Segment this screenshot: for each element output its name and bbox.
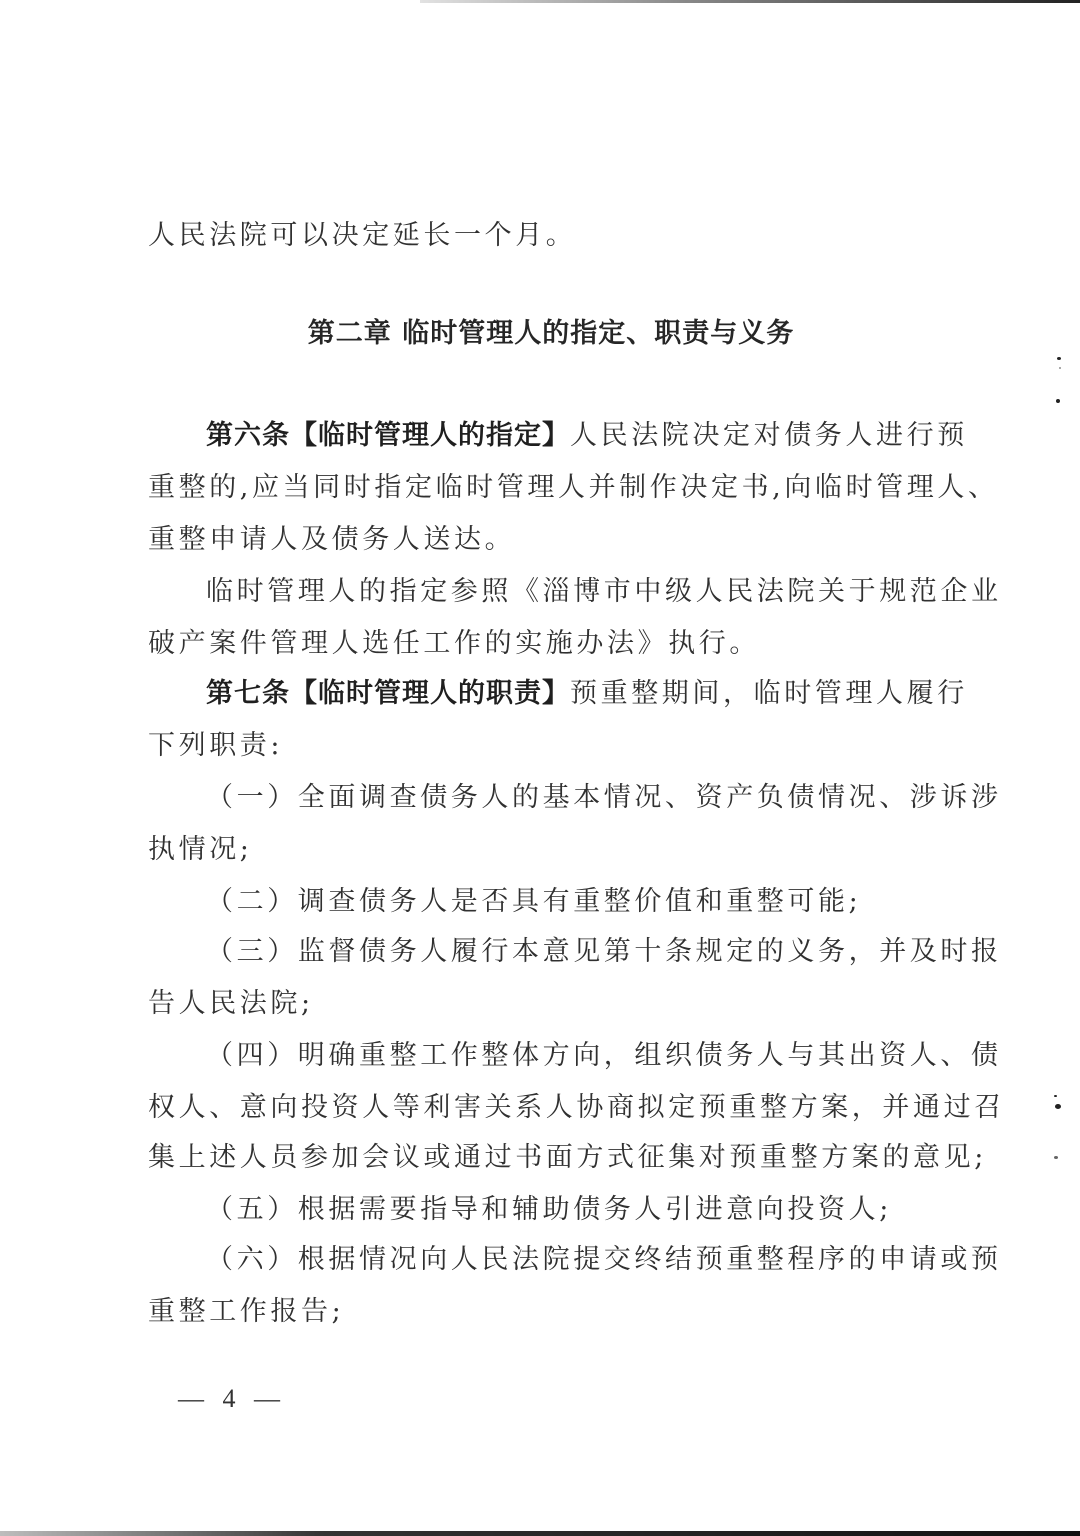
duty-item-5-line-1: （五）根据需要指导和辅助债务人引进意向投资人; (206, 1192, 892, 1228)
continuation-text: 人民法院可以决定延长一个月。 (148, 218, 576, 254)
article-6-first-line: 第六条【临时管理人的指定】人民法院决定对债务人进行预 (206, 418, 968, 454)
article-6-line-3: 重整申请人及债务人送达。 (148, 522, 515, 558)
scan-speck (1056, 399, 1060, 403)
article-6-para-2-line-2: 破产案件管理人选任工作的实施办法》执行。 (148, 626, 760, 662)
duty-item-4-line-2: 权人、意向投资人等利害关系人协商拟定预重整方案，并通过召 (148, 1090, 1005, 1126)
article-7-first-line: 第七条【临时管理人的职责】预重整期间，临时管理人履行 (206, 676, 968, 712)
scan-edge-bottom (0, 1531, 1080, 1536)
article-6-heading: 第六条【临时管理人的指定】 (206, 420, 570, 451)
scan-speck (1054, 1095, 1057, 1097)
article-6-line-2: 重整的,应当同时指定临时管理人并制作决定书,向临时管理人、 (148, 470, 999, 506)
article-6-para-2-line-1: 临时管理人的指定参照《淄博市中级人民法院关于规范企业 (206, 574, 1002, 610)
duty-item-1-line-1: （一）全面调查债务人的基本情况、资产负债情况、涉诉涉 (206, 780, 1002, 816)
duty-item-6-line-2: 重整工作报告; (148, 1294, 344, 1330)
article-7-heading: 第七条【临时管理人的职责】 (206, 678, 570, 709)
duty-item-2-line-1: （二）调查债务人是否具有重整价值和重整可能; (206, 884, 861, 920)
article-6-text: 人民法院决定对债务人进行预 (570, 420, 968, 451)
duty-item-3-line-1: （三）监督债务人履行本意见第十条规定的义务，并及时报 (206, 934, 1002, 970)
duty-item-3-line-2: 告人民法院; (148, 986, 314, 1022)
article-7-line-2: 下列职责: (148, 728, 283, 764)
article-7-text: 预重整期间，临时管理人履行 (570, 678, 968, 709)
scan-speck (1059, 367, 1061, 369)
scan-speck (1054, 1156, 1058, 1159)
duty-item-4-line-1: （四）明确重整工作整体方向，组织债务人与其出资人、债 (206, 1038, 1002, 1074)
scan-speck (1055, 1104, 1061, 1109)
scanned-document-page: 人民法院可以决定延长一个月。 第二章 临时管理人的指定、职责与义务 第六条【临时… (0, 0, 1080, 1536)
duty-item-1-line-2: 执情况; (148, 832, 253, 868)
duty-item-4-line-3: 集上述人员参加会议或通过书面方式征集对预重整方案的意见; (148, 1140, 987, 1176)
scan-edge-top (420, 0, 1080, 3)
page-number: — 4 — (178, 1384, 286, 1414)
duty-item-6-line-1: （六）根据情况向人民法院提交终结预重整程序的申请或预 (206, 1242, 1002, 1278)
chapter-title: 第二章 临时管理人的指定、职责与义务 (0, 314, 1080, 354)
scan-speck (1057, 357, 1061, 360)
